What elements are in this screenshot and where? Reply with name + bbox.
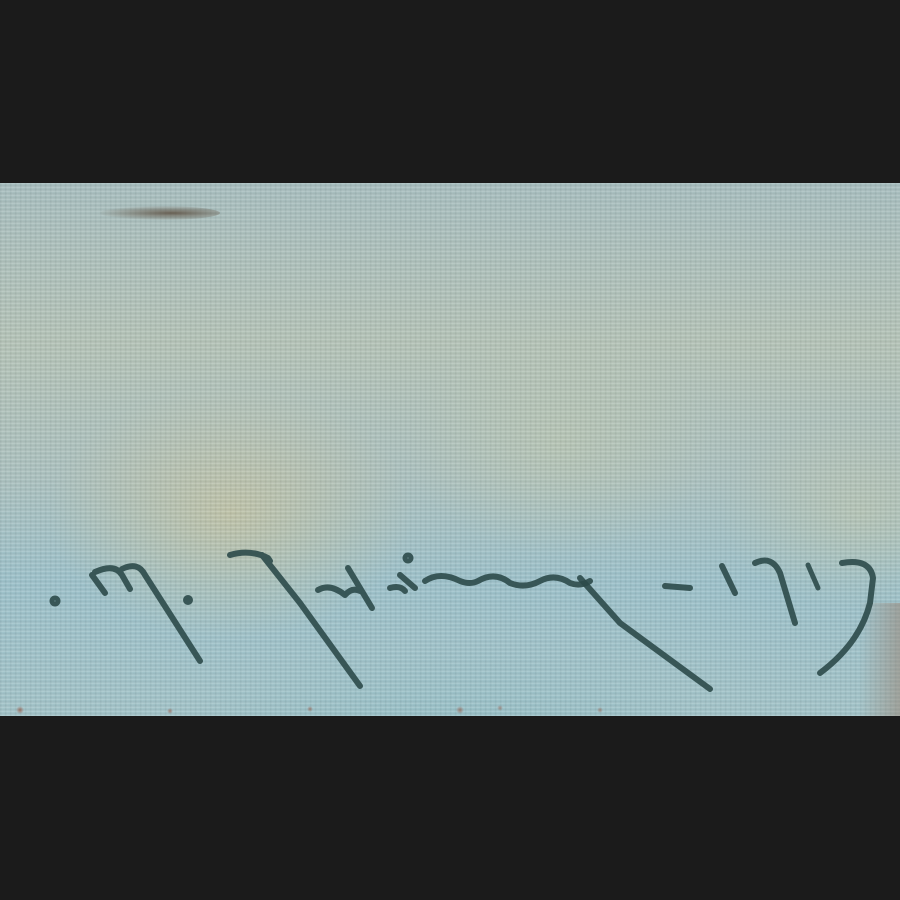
- artist-signature: [0, 183, 900, 716]
- letterbox-top: [0, 0, 900, 183]
- painted-canvas: · M · Juliany – 1913: [0, 183, 900, 716]
- letterbox-bottom: [0, 716, 900, 900]
